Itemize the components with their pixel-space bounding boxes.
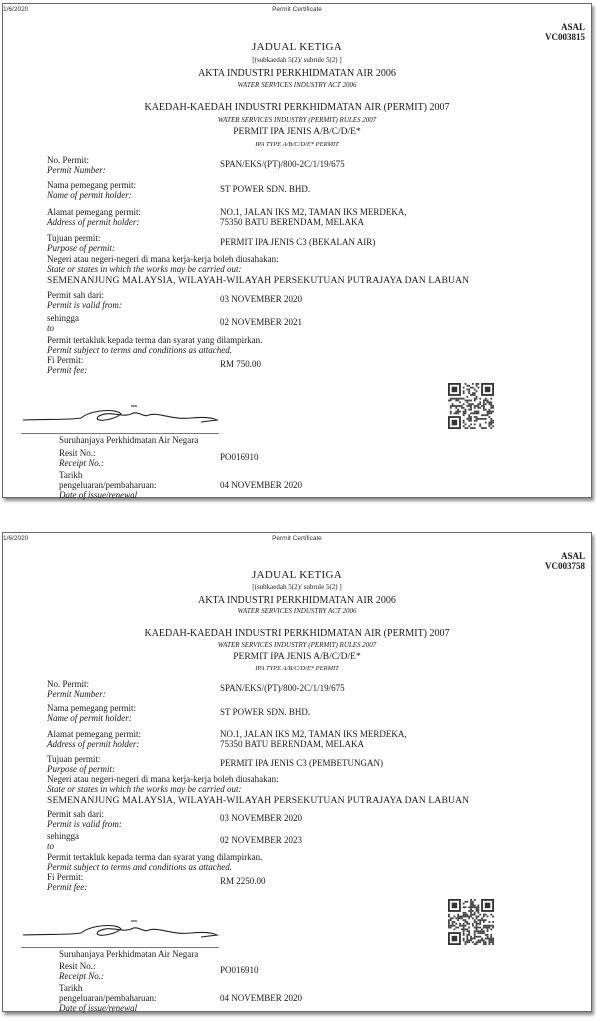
copy-label: ASAL <box>545 551 585 561</box>
print-title: Permit Certificate <box>3 535 591 542</box>
field-label: Nama pemegang permit:Name of permit hold… <box>47 703 217 723</box>
permit-type: PERMIT IPA JENIS A/B/C/D/E* <box>3 127 591 137</box>
rules-title: KAEDAH-KAEDAH INDUSTRI PERKHIDMATAN AIR … <box>3 628 591 639</box>
valid-to-value: 02 NOVEMBER 2023 <box>220 835 302 845</box>
holder-value: ST POWER SDN. BHD. <box>220 184 310 194</box>
field-label: Alamat pemegang permit:Address of permit… <box>47 207 217 227</box>
field-label: Tujuan permit:Purpose of permit: <box>47 233 217 253</box>
field-label: sehinggato <box>47 313 217 333</box>
field-label: Permit sah dari:Permit is valid from: <box>47 809 217 829</box>
field-label: Resit No.:Receipt No.: <box>59 448 229 468</box>
field-label: Resit No.:Receipt No.: <box>59 961 229 981</box>
field-label: Tujuan permit:Purpose of permit: <box>47 754 217 774</box>
print-title: Permit Certificate <box>3 6 591 13</box>
field-label: Nama pemegang permit:Name of permit hold… <box>47 180 217 200</box>
permit-certificate: 1/6/2020 Permit Certificate ASAL VC00375… <box>2 532 592 1012</box>
act-title: AKTA INDUSTRI PERKHIDMATAN AIR 2006 <box>3 595 591 606</box>
purpose-value: PERMIT IPA JENIS C3 (PEMBETUNGAN) <box>220 758 383 768</box>
print-header: 1/6/2020 Permit Certificate <box>3 6 591 16</box>
field-label: sehinggato <box>47 831 217 851</box>
signature-line <box>21 947 219 948</box>
qr-code-icon <box>441 383 501 429</box>
issue-date-value: 04 NOVEMBER 2020 <box>220 993 302 1003</box>
schedule-title: JADUAL KETIGA <box>3 41 591 53</box>
purpose-value: PERMIT IPA JENIS C3 (BEKALAN AIR) <box>220 237 375 247</box>
act-title: AKTA INDUSTRI PERKHIDMATAN AIR 2006 <box>3 68 591 79</box>
issuer-name: Suruhanjaya Perkhidmatan Air Negara <box>59 435 198 445</box>
valid-to-value: 02 NOVEMBER 2021 <box>220 317 302 327</box>
terms-note: Permit tertakluk kepada terma dan syarat… <box>47 852 585 872</box>
permit-type-en: IPA TYPE A/B/C/D/E* PERMIT <box>3 141 591 148</box>
address-value: NO.1, JALAN IKS M2, TAMAN IKS MERDEKA,75… <box>220 729 407 749</box>
address-value: NO.1, JALAN IKS M2, TAMAN IKS MERDEKA,75… <box>220 207 407 227</box>
states-label: Negeri atau negeri-negeri di mana kerja-… <box>47 774 585 794</box>
fee-value: RM 750.00 <box>220 359 261 369</box>
receipt-value: PO016910 <box>220 452 259 462</box>
field-label: Tarikhpengeluaran/pembaharuan:Date of is… <box>59 470 229 500</box>
permit-number-value: SPAN/EKS/(PT)/800-2C/1/19/675 <box>220 159 345 169</box>
copy-label: ASAL <box>545 22 585 32</box>
states-value: SEMENANJUNG MALAYSIA, WILAYAH-WILAYAH PE… <box>47 795 469 806</box>
field-label: Tarikhpengeluaran/pembaharuan:Date of is… <box>59 983 229 1013</box>
rules-title: KAEDAH-KAEDAH INDUSTRI PERKHIDMATAN AIR … <box>3 102 591 113</box>
fee-value: RM 2250.00 <box>220 876 266 886</box>
field-label: No. Permit:Permit Number: <box>47 679 217 699</box>
serial-block: ASAL VC003815 <box>545 22 585 42</box>
field-label: Fi Permit:Permit fee: <box>47 872 217 892</box>
subrule: [(subkaedah 5(2)/ subrule 5(2) ] <box>3 56 591 64</box>
field-label: Fi Permit:Permit fee: <box>47 355 217 375</box>
holder-value: ST POWER SDN. BHD. <box>220 707 310 717</box>
schedule-title: JADUAL KETIGA <box>3 569 591 581</box>
rules-title-en: WATER SERVICES INDUSTRY (PERMIT) RULES 2… <box>3 116 591 124</box>
signature-icon <box>21 917 221 943</box>
receipt-value: PO016910 <box>220 965 259 975</box>
field-label: No. Permit:Permit Number: <box>47 155 217 175</box>
permit-type: PERMIT IPA JENIS A/B/C/D/E* <box>3 652 591 662</box>
rules-title-en: WATER SERVICES INDUSTRY (PERMIT) RULES 2… <box>3 641 591 649</box>
signature-icon <box>21 402 221 428</box>
valid-from-value: 03 NOVEMBER 2020 <box>220 294 302 304</box>
issuer-name: Suruhanjaya Perkhidmatan Air Negara <box>59 949 198 959</box>
signature-line <box>21 433 219 434</box>
terms-note: Permit tertakluk kepada terma dan syarat… <box>47 335 585 355</box>
qr-code-icon <box>441 899 501 945</box>
print-header: 1/6/2020 Permit Certificate <box>3 535 591 545</box>
permit-number-value: SPAN/EKS/(PT)/800-2C/1/19/675 <box>220 683 345 693</box>
act-title-en: WATER SERVICES INDUSTRY ACT 2006 <box>3 607 591 615</box>
act-title-en: WATER SERVICES INDUSTRY ACT 2006 <box>3 81 591 89</box>
field-label: Permit sah dari:Permit is valid from: <box>47 290 217 310</box>
states-label: Negeri atau negeri-negeri di mana kerja-… <box>47 254 585 274</box>
states-value: SEMENANJUNG MALAYSIA, WILAYAH-WILAYAH PE… <box>47 275 469 286</box>
subrule: [(subkaedah 5(2)/ subrule 5(2) ] <box>3 583 591 591</box>
issue-date-value: 04 NOVEMBER 2020 <box>220 480 302 490</box>
permit-certificate: 1/6/2020 Permit Certificate ASAL VC00381… <box>2 3 592 498</box>
valid-from-value: 03 NOVEMBER 2020 <box>220 813 302 823</box>
field-label: Alamat pemegang permit:Address of permit… <box>47 729 217 749</box>
permit-type-en: IPA TYPE A/B/C/D/E* PERMIT <box>3 665 591 672</box>
